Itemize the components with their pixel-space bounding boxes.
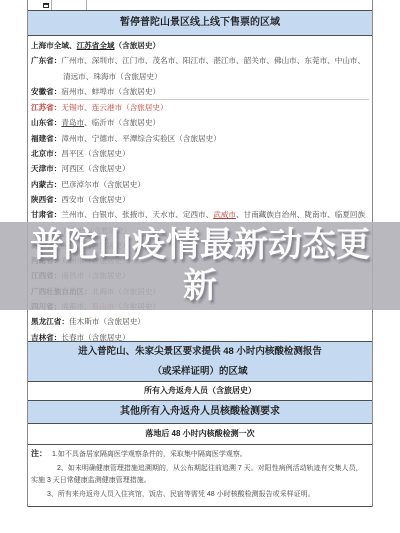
table-top-fragment	[28, 0, 372, 10]
notes-section: 注：1.如不具备居家隔离医学观察条件的，采取集中隔离医学观察。2、如未明确健康管…	[28, 445, 372, 507]
region-text: 佳木斯市（含旅居史）	[69, 317, 145, 326]
region-label: 江苏省：	[31, 103, 61, 112]
section-header-other-requirement: 其他所有入舟返舟人员核酸检测要求	[28, 400, 372, 424]
region-label: 安徽省：	[31, 87, 61, 96]
note-label: 注：	[31, 449, 47, 458]
region-row: 天津市：河西区（含旅居史）	[31, 161, 369, 176]
region-label: 山东省：	[31, 118, 61, 127]
region-row: 北京市：昌平区（含旅居史）	[31, 146, 369, 161]
region-text: 宿州市、蚌埠市（含旅居史）	[61, 87, 160, 96]
region-row: 吉林省：长春市（含旅居史）	[31, 330, 369, 341]
nucleic-scope-row: 所有入舟返舟人员（含旅居史）	[28, 382, 372, 400]
region-text: 广州市、深圳市、江门市、茂名市、阳江市、湛江市、韶关市、佛山市、东莞市、中山市、…	[61, 56, 365, 80]
watermark-line: 普陀山疫情最新动态更	[20, 225, 380, 266]
header-line: 进入普陀山、朱家尖景区要求提供 48 小时内核酸检测报告	[32, 342, 368, 362]
region-label: 陕西省：	[31, 195, 61, 204]
region-row: 江苏省：无锡市、连云港市（含旅居史）	[31, 100, 369, 115]
note-item: 注：1.如不具备居家隔离医学观察条件的，采取集中隔离医学观察。	[31, 448, 369, 462]
cell-divider	[86, 0, 87, 10]
section-header-ticket-suspension: 暂停普陀山景区线上线下售票的区域	[28, 10, 372, 36]
region-label: 吉林省：	[31, 333, 61, 341]
region-row: 广东省：广州市、深圳市、江门市、茂名市、阳江市、湛江市、韶关市、佛山市、东莞市、…	[31, 53, 369, 84]
watermark-band: 普陀山疫情最新动态更 新	[0, 222, 400, 310]
region-row: 安徽省：宿州市、蚌埠市（含旅居史）	[31, 84, 369, 100]
region-label: 内蒙古：	[31, 180, 61, 189]
note-item: 3、所有来舟返舟人员入住宾馆，饭店、民宿等需凭 48 小时核酸检测报告或采样证明…	[31, 489, 369, 502]
region-text: 漳州市、宁德市、平潭综合实验区（含旅居史）	[61, 134, 220, 143]
region-label: 北京市：	[31, 149, 61, 158]
region-text: 青岛市	[61, 118, 84, 127]
region-text: 长春市（含旅居史）	[61, 333, 129, 341]
region-row: 内蒙古：巴彦淖尔市（含旅居史）	[31, 177, 369, 192]
region-row: 陕西省：西安市（含旅居史）	[31, 192, 369, 207]
region-row: 黑龙江省：佳木斯市（含旅居史）	[31, 314, 369, 329]
region-text: 武威市	[213, 210, 236, 219]
watermark-text: 普陀山疫情最新动态更 新	[20, 225, 380, 307]
watermark-line: 新	[20, 266, 380, 307]
region-text: 江苏省全域	[77, 41, 115, 50]
region-text: 上海市全域、	[31, 41, 77, 50]
other-requirement-row: 落地后 48 小时内核酸检测一次	[28, 424, 372, 445]
region-row: 上海市全域、江苏省全域（含旅居史）	[31, 38, 369, 53]
header-line: （或采样证明）的区域	[32, 362, 368, 382]
region-text: （含旅居史）	[115, 41, 161, 50]
region-text: 西安市（含旅居史）	[61, 195, 129, 204]
page: 暂停普陀山景区线上线下售票的区域 上海市全域、江苏省全域（含旅居史）广东省：广州…	[0, 0, 400, 533]
region-text: 兰州市、白银市、张掖市、天水市、定西市、	[61, 210, 213, 219]
region-label: 天津市：	[31, 164, 61, 173]
region-row: 山东省：青岛市、临沂市（含旅居史）	[31, 115, 369, 130]
region-text: 河西区（含旅居史）	[61, 164, 129, 173]
clipped-character-fragment	[43, 3, 49, 8]
region-label: 甘肃省：	[31, 210, 61, 219]
region-label: 广东省：	[31, 56, 61, 65]
cell-divider	[51, 0, 52, 10]
region-text: 巴彦淖尔市（含旅居史）	[61, 180, 145, 189]
region-label: 福建省：	[31, 134, 61, 143]
region-text: 昌平区（含旅居史）	[61, 149, 129, 158]
region-label: 黑龙江省：	[31, 317, 69, 326]
region-row: 福建省：漳州市、宁德市、平潭综合实验区（含旅居史）	[31, 131, 369, 146]
section-header-nucleic-report: 进入普陀山、朱家尖景区要求提供 48 小时内核酸检测报告 （或采样证明）的区域	[28, 341, 372, 382]
region-text: 、临沂市（含旅居史）	[84, 118, 160, 127]
region-text: 无锡市、连云港市（含旅居史）	[61, 103, 167, 112]
note-item: 2、如未明确健康管理措施追溯期的，从公布期起往前追溯 7 天。对阳性病例活动轨迹…	[31, 463, 369, 488]
